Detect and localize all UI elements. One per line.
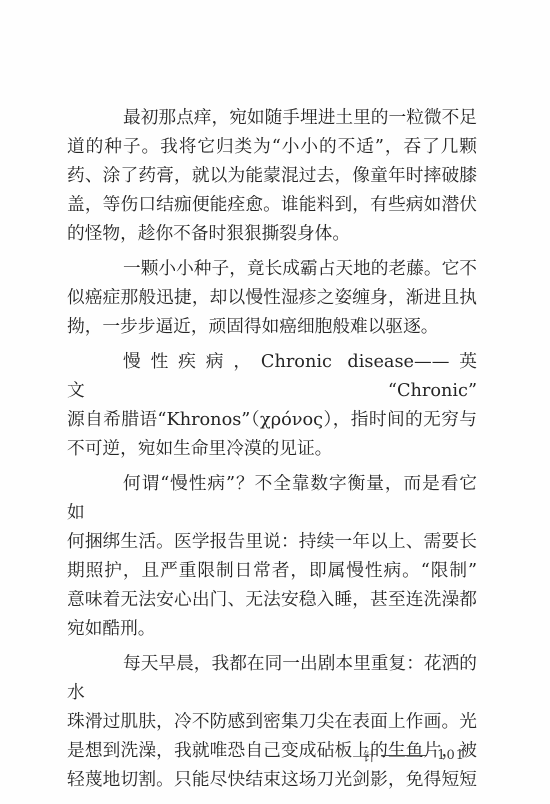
text-line: 的怪物，趁你不备时狠狠撕裂身体。 (67, 220, 477, 249)
text-line: 珠滑过肌肤，冷不防感到密集刀尖在表面上作画。光 (67, 708, 477, 737)
text-line: 不可逆，宛如生命里冷漠的见证。 (67, 435, 477, 464)
paragraph: 每天早晨，我都在同一出剧本里重复：花洒的水珠滑过肌肤，冷不防感到密集刀尖在表面上… (67, 650, 477, 795)
text-line: 一颗小小种子，竟长成霸占天地的老藤。它不 (67, 255, 477, 284)
text-line: 最初那点痒，宛如随手埋进土里的一粒微不足 (67, 104, 477, 133)
footer-divider-line (381, 755, 427, 756)
text-line: 轻蔑地切割。只能尽快结束这场刀光剑影，免得短短 (67, 766, 477, 795)
text-line: 何捆绑生活。医学报告里说：持续一年以上、需要长 (67, 528, 477, 557)
paragraph: 最初那点痒，宛如随手埋进土里的一粒微不足道的种子。我将它归类为“小小的不适”，吞… (67, 104, 477, 249)
text-line: 意味着无法安心出门、无法安稳入睡，甚至连洗澡都 (67, 586, 477, 615)
text-line: 似癌症那般迅捷，却以慢性湿疹之姿缠身，渐进且执 (67, 284, 477, 313)
text-line: 药、涂了药膏，就以为能蒙混过去，像童年时摔破膝 (67, 162, 477, 191)
page-footer: 针 101 (363, 744, 465, 766)
text-line: 宛如酷刑。 (67, 615, 477, 644)
text-line: 拗，一步步逼近，顽固得如癌细胞般难以驱逐。 (67, 313, 477, 342)
text-line: 慢性疾病，Chronic disease——英文“Chronic” (67, 348, 477, 406)
footer-chapter-title: 针 (363, 746, 376, 765)
text-line: 源自希腊语“Khronos”（χρόνος），指时间的无穷与 (67, 406, 477, 435)
footer-page-number: 101 (437, 748, 465, 763)
page-text: 最初那点痒，宛如随手埋进土里的一粒微不足道的种子。我将它归类为“小小的不适”，吞… (67, 104, 477, 795)
text-line: 每天早晨，我都在同一出剧本里重复：花洒的水 (67, 650, 477, 708)
text-line: 道的种子。我将它归类为“小小的不适”，吞了几颗 (67, 133, 477, 162)
book-page: 最初那点痒，宛如随手埋进土里的一粒微不足道的种子。我将它归类为“小小的不适”，吞… (0, 0, 550, 804)
paragraph: 一颗小小种子，竟长成霸占天地的老藤。它不似癌症那般迅捷，却以慢性湿疹之姿缠身，渐… (67, 255, 477, 342)
paragraph: 慢性疾病，Chronic disease——英文“Chronic”源自希腊语“K… (67, 348, 477, 464)
text-line: 期照护，且严重限制日常者，即属慢性病。“限制” (67, 557, 477, 586)
text-line: 盖，等伤口结痂便能痊愈。谁能料到，有些病如潜伏 (67, 191, 477, 220)
text-line: 何谓“慢性病”？不全靠数字衡量，而是看它如 (67, 470, 477, 528)
paragraph: 何谓“慢性病”？不全靠数字衡量，而是看它如何捆绑生活。医学报告里说：持续一年以上… (67, 470, 477, 644)
